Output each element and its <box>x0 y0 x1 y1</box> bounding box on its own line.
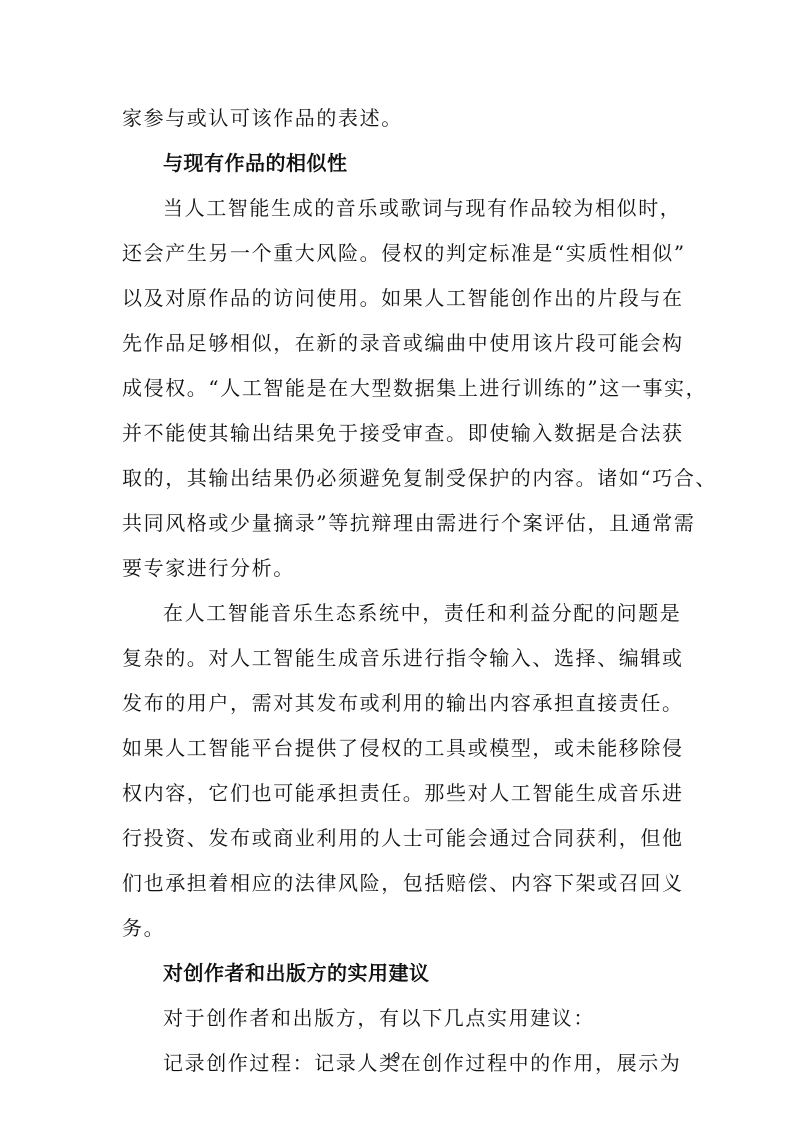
paragraph-line: 在人工智能音乐生态系统中，责任和利益分配的问题是 <box>122 598 676 643</box>
paragraph-line: 复杂的。对人工智能生成音乐进行指令输入、选择、编辑或 <box>122 643 676 688</box>
paragraph-line: 先作品足够相似，在新的录音或编曲中使用该片段可能会构 <box>122 328 676 373</box>
paragraph-line: 务。 <box>122 913 676 958</box>
paragraph-line: 发布的用户，需对其发布或利用的输出内容承担直接责任。 <box>122 688 676 733</box>
paragraph-line: 要专家进行分析。 <box>122 553 676 598</box>
page-body: 家参与或认可该作品的表述。 与现有作品的相似性 当人工智能生成的音乐或歌词与现有… <box>122 103 676 1093</box>
paragraph-line: 家参与或认可该作品的表述。 <box>122 103 676 148</box>
paragraph-line: 当人工智能生成的音乐或歌词与现有作品较为相似时， <box>122 193 676 238</box>
paragraph-line: 还会产生另一个重大风险。侵权的判定标准是“实质性相似” <box>122 238 676 283</box>
paragraph-line: 取的，其输出结果仍必须避免复制受保护的内容。诸如“巧合、 <box>122 463 676 508</box>
section-heading-recommendations: 对创作者和出版方的实用建议 <box>122 958 676 1003</box>
paragraph-line: 权内容，它们也可能承担责任。那些对人工智能生成音乐进 <box>122 778 676 823</box>
paragraph-line: 对于创作者和出版方，有以下几点实用建议： <box>122 1003 676 1048</box>
section-heading-similarity: 与现有作品的相似性 <box>122 148 676 193</box>
paragraph-line: 共同风格或少量摘录”等抗辩理由需进行个案评估，且通常需 <box>122 508 676 553</box>
paragraph-line: 以及对原作品的访问使用。如果人工智能创作出的片段与在 <box>122 283 676 328</box>
paragraph-line: 并不能使其输出结果免于接受审查。即使输入数据是合法获 <box>122 418 676 463</box>
paragraph-line: 们也承担着相应的法律风险，包括赔偿、内容下架或召回义 <box>122 868 676 913</box>
paragraph-line: 如果人工智能平台提供了侵权的工具或模型，或未能移除侵 <box>122 733 676 778</box>
paragraph-line: 成侵权。“人工智能是在大型数据集上进行训练的”这一事实， <box>122 373 676 418</box>
document-page: 家参与或认可该作品的表述。 与现有作品的相似性 当人工智能生成的音乐或歌词与现有… <box>0 0 793 1122</box>
paragraph-line: 行投资、发布或商业利用的人士可能会通过合同获利，但他 <box>122 823 676 868</box>
page-number: 9 <box>0 1050 793 1064</box>
